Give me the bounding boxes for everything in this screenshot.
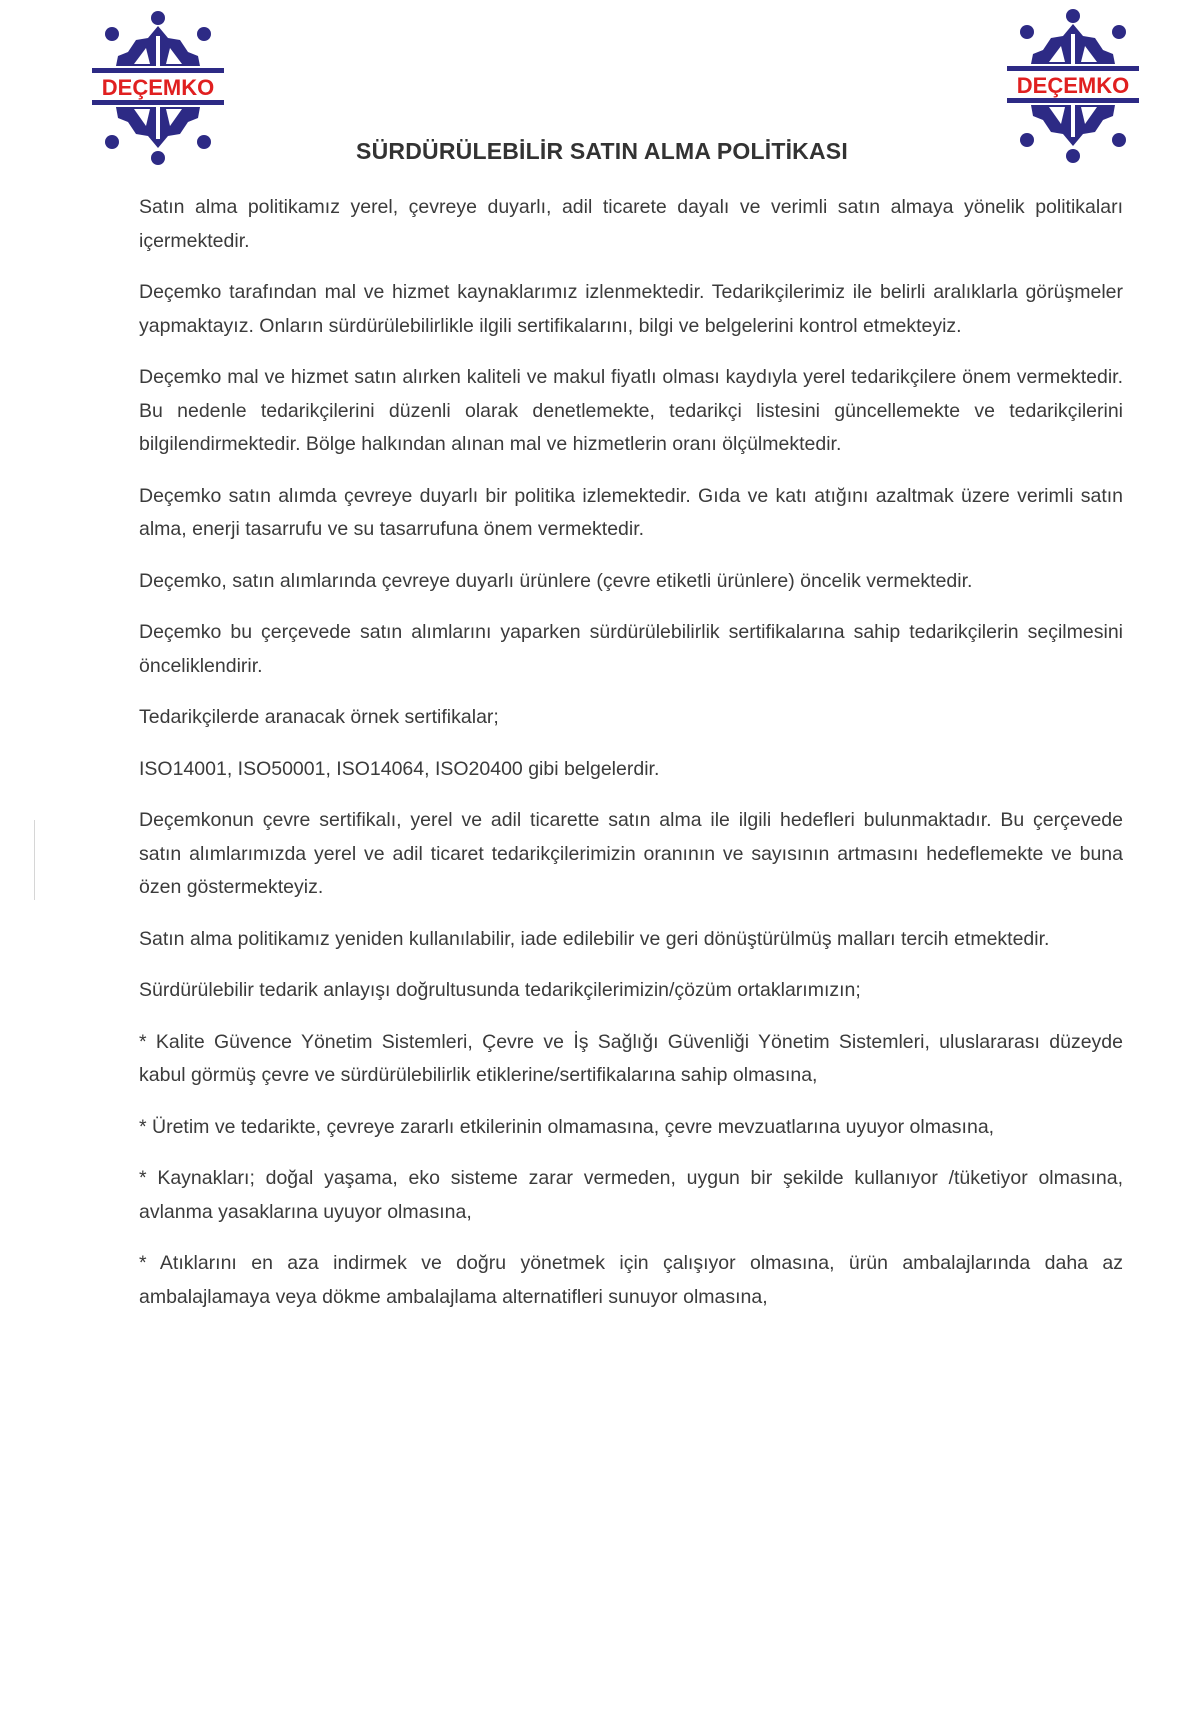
document-body: Satın alma politikamız yerel, çevreye du… [139, 191, 1123, 1332]
paragraph-eco-labels: Deçemko, satın alımlarında çevreye duyar… [139, 565, 1123, 599]
bullet-quality-systems: * Kalite Güvence Yönetim Sistemleri, Çev… [139, 1026, 1123, 1093]
document-title: SÜRDÜRÜLEBİLİR SATIN ALMA POLİTİKASI [0, 138, 1204, 165]
paragraph-sample-certificates-label: Tedarikçilerde aranacak örnek sertifikal… [139, 701, 1123, 735]
bullet-resources: * Kaynakları; doğal yaşama, eko sisteme … [139, 1162, 1123, 1229]
paragraph-recycled-goods: Satın alma politikamız yeniden kullanıla… [139, 923, 1123, 957]
paragraph-supply-intro: Sürdürülebilir tedarik anlayışı doğrultu… [139, 974, 1123, 1008]
paragraph-environmental: Deçemko satın alımda çevreye duyarlı bir… [139, 480, 1123, 547]
bullet-waste: * Atıklarını en aza indirmek ve doğru yö… [139, 1247, 1123, 1314]
paragraph-local-suppliers: Deçemko mal ve hizmet satın alırken kali… [139, 361, 1123, 462]
paragraph-monitoring: Deçemko tarafından mal ve hizmet kaynakl… [139, 276, 1123, 343]
bullet-production: * Üretim ve tedarikte, çevreye zararlı e… [139, 1111, 1123, 1145]
paragraph-intro: Satın alma politikamız yerel, çevreye du… [139, 191, 1123, 258]
paragraph-iso-list: ISO14001, ISO50001, ISO14064, ISO20400 g… [139, 753, 1123, 787]
paragraph-targets: Deçemkonun çevre sertifikalı, yerel ve a… [139, 804, 1123, 905]
paragraph-certified-suppliers: Deçemko bu çerçevede satın alımlarını ya… [139, 616, 1123, 683]
svg-text:DEÇEMKO: DEÇEMKO [1017, 73, 1129, 98]
scan-margin-mark [34, 820, 35, 900]
svg-text:DEÇEMKO: DEÇEMKO [102, 75, 214, 100]
